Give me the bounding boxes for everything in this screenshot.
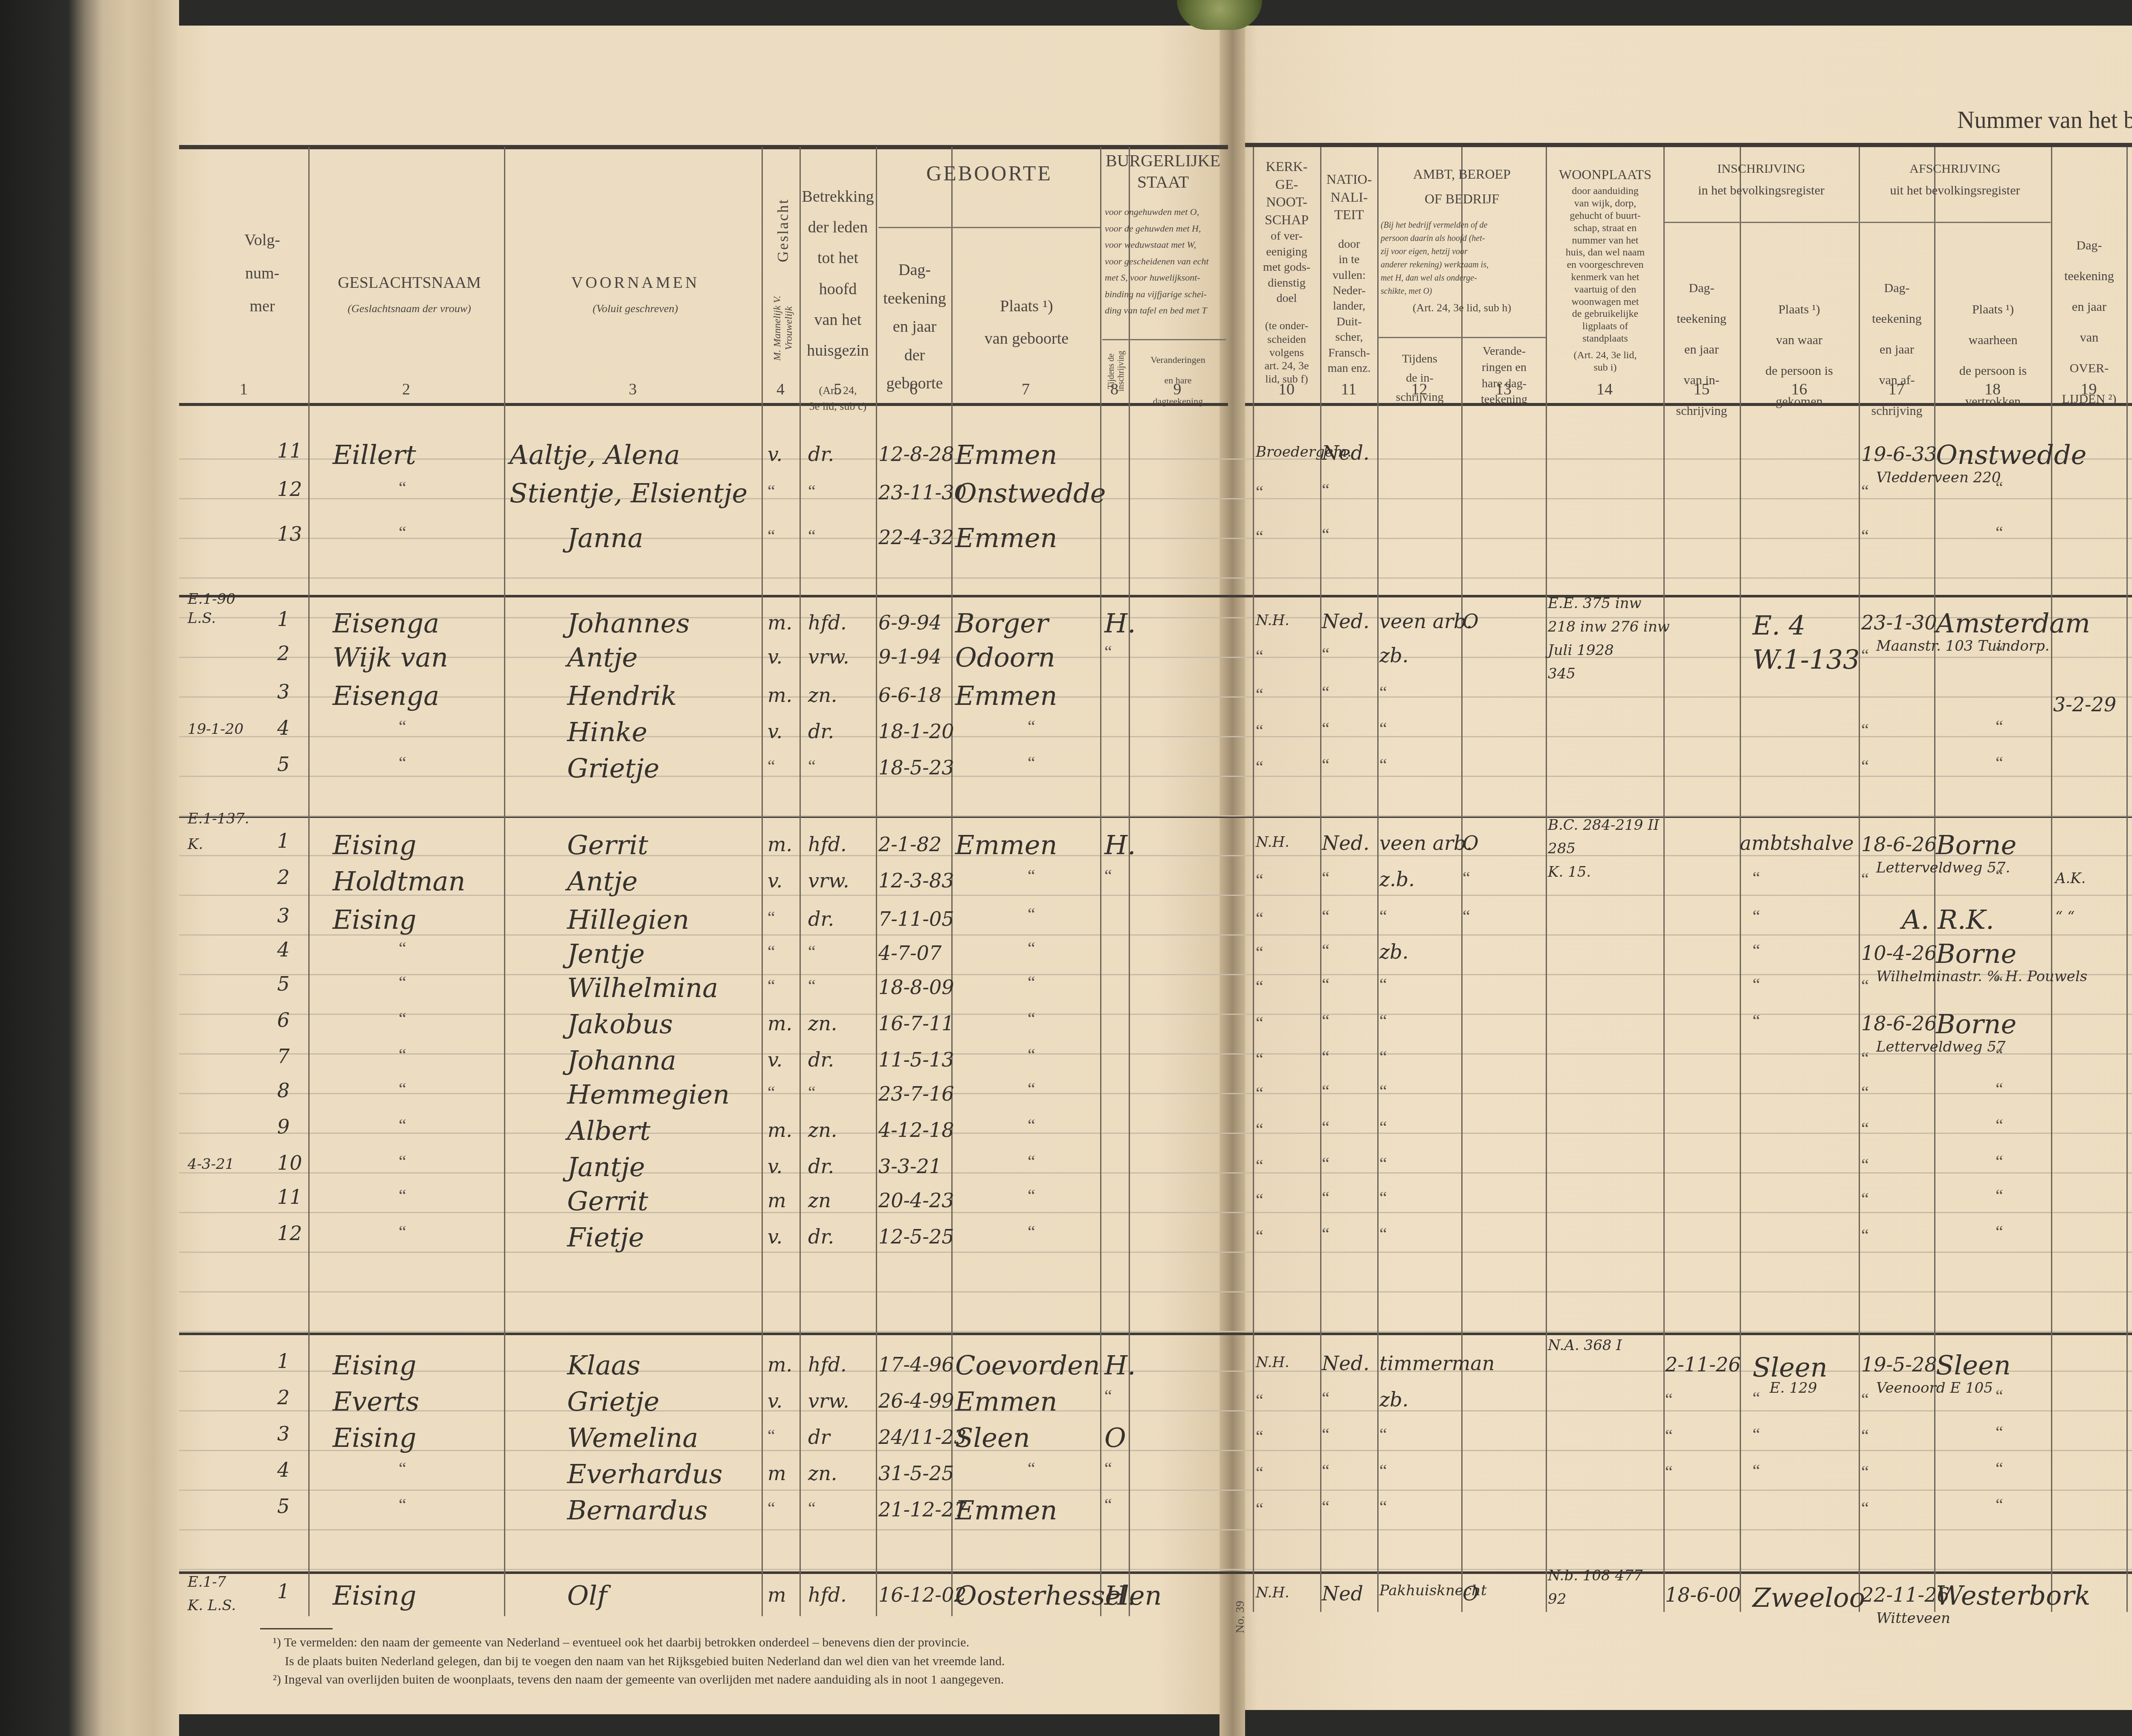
- given-names: Fietje: [567, 1222, 644, 1253]
- sex: v.: [768, 1048, 782, 1071]
- inschrijving-divider: [1664, 222, 1858, 223]
- sex: m.: [768, 1119, 792, 1142]
- afschrijving-note: A. R.K.: [1902, 904, 1994, 935]
- birth-place: Coevorden: [955, 1350, 1100, 1381]
- afschrijving-date: 19-5-28: [1861, 1353, 1937, 1376]
- relation-to-head: “: [808, 976, 816, 996]
- row-guide: [179, 1133, 2132, 1134]
- given-names: Gerrit: [567, 829, 648, 861]
- birth-date: 24/11-23: [878, 1426, 967, 1449]
- surname: “: [399, 1079, 406, 1099]
- church: “: [1256, 757, 1263, 777]
- church: N.H.: [1256, 612, 1289, 629]
- church: “: [1256, 1013, 1263, 1033]
- occupation: “: [1379, 906, 1387, 926]
- surname: “: [399, 753, 406, 773]
- surname: Eising: [333, 1580, 416, 1611]
- relation-to-head: “: [808, 1082, 816, 1102]
- row-guide: [179, 1490, 2132, 1491]
- relation-to-head: dr.: [808, 907, 834, 930]
- afschrijving-to-detail: Witteveen: [1876, 1610, 1950, 1627]
- occupation: veen arb.: [1379, 832, 1472, 855]
- margin-note: E.1-7: [188, 1574, 226, 1591]
- relation-to-head: dr: [808, 1426, 830, 1449]
- occupation: “: [1379, 1081, 1387, 1101]
- row-guide: [179, 1053, 2132, 1055]
- church: “: [1256, 1119, 1263, 1139]
- residence: 285: [1548, 840, 1576, 857]
- nationality: Ned: [1322, 1582, 1363, 1605]
- margin-note: L.S.: [188, 610, 216, 627]
- surname: “: [399, 1115, 406, 1135]
- relation-to-head: vrw.: [808, 645, 849, 668]
- given-names: Johannes: [567, 608, 689, 639]
- surname: Eisenga: [333, 608, 439, 639]
- row-guide: [179, 1331, 2132, 1332]
- inschrijving-from: W.1-133: [1753, 644, 1860, 675]
- occupation-change: “: [1463, 906, 1470, 926]
- afschrijving-to: “: [1996, 1422, 2003, 1442]
- given-names: Wemelina: [567, 1422, 698, 1453]
- birth-place: “: [1028, 1009, 1035, 1029]
- nationality: Ned.: [1322, 1352, 1370, 1375]
- relation-to-head: dr.: [808, 443, 834, 466]
- relation-to-head: zn: [808, 1189, 831, 1212]
- sex: “: [768, 976, 775, 996]
- occupation: “: [1379, 1424, 1387, 1444]
- column-divider: [504, 147, 505, 1616]
- sex: “: [768, 1426, 775, 1446]
- occupation-change: “: [1463, 868, 1470, 888]
- nationality: “: [1322, 755, 1330, 775]
- book-page-edges: [0, 0, 179, 1736]
- given-names: Bernardus: [567, 1495, 708, 1526]
- afschrijving-to: “: [1996, 522, 2003, 542]
- margin-note: E.1-137.: [188, 810, 249, 827]
- occupation-change: O: [1463, 832, 1479, 855]
- church: “: [1256, 1499, 1263, 1519]
- occupation: “: [1379, 1497, 1387, 1517]
- given-names: Aaltje, Alena: [510, 439, 680, 470]
- birth-date: 20-4-23: [878, 1189, 954, 1212]
- relation-to-head: hfd.: [808, 611, 847, 634]
- inschrijving-from: “: [1753, 868, 1760, 888]
- volgnummer: 1: [277, 1350, 290, 1373]
- afschrijving-date: “: [1861, 1082, 1869, 1102]
- volgnummer: 5: [277, 753, 290, 776]
- birth-place: Emmen: [955, 829, 1057, 861]
- birth-place: Emmen: [955, 1495, 1057, 1526]
- inschrijving-from: Zweeloo: [1753, 1582, 1865, 1613]
- column-number-18: 18: [1934, 380, 2051, 400]
- household-separator: [179, 1571, 2132, 1574]
- occupation: “: [1379, 755, 1387, 775]
- sex: m.: [768, 684, 792, 707]
- ambt-divider: [1378, 337, 1546, 338]
- church: “: [1256, 482, 1263, 502]
- footnote-1-cont: Is de plaats buiten Nederland gelegen, d…: [273, 1652, 1083, 1671]
- sex: v.: [768, 443, 782, 466]
- birth-date: 4-7-07: [878, 942, 941, 965]
- relation-to-head: dr.: [808, 720, 834, 743]
- column-number-16: 16: [1740, 380, 1859, 400]
- surname: Eising: [333, 1350, 416, 1381]
- given-names: Grietje: [567, 753, 660, 784]
- column-number-6: 6: [876, 380, 951, 400]
- nationality: “: [1322, 1153, 1330, 1174]
- inschrijving-from: Sleen: [1753, 1352, 1828, 1383]
- sex: v.: [768, 1155, 782, 1178]
- volgnummer: 4: [277, 716, 290, 739]
- volgnummer: 2: [277, 642, 290, 665]
- nationality: “: [1322, 1424, 1330, 1444]
- nationality: “: [1322, 1081, 1330, 1101]
- afschrijving-to: Amsterdam: [1936, 608, 2090, 639]
- volgnummer: 11: [277, 439, 302, 462]
- volgnummer: 3: [277, 1422, 290, 1445]
- afschrijving-to: “: [1996, 1151, 2003, 1171]
- occupation: “: [1379, 1011, 1387, 1031]
- given-names: Everhardus: [567, 1458, 723, 1490]
- afschrijving-date: “: [1861, 1462, 1869, 1482]
- volgnummer: 13: [277, 522, 302, 545]
- volgnummer: 12: [277, 478, 302, 501]
- sex: m.: [768, 833, 792, 856]
- surname: “: [399, 972, 406, 992]
- nationality: “: [1322, 1497, 1330, 1517]
- afschrijving-to: “: [1996, 866, 2003, 886]
- column-number-17: 17: [1859, 380, 1934, 400]
- column-number-9: 9: [1129, 380, 1226, 400]
- volgnummer: 2: [277, 866, 290, 889]
- afschrijving-date: “: [1861, 1155, 1869, 1175]
- birth-date: 12-3-83: [878, 869, 954, 892]
- afschrijving-to: “: [1996, 716, 2003, 736]
- volgnummer: 11: [277, 1185, 302, 1209]
- surname: Eising: [333, 904, 416, 935]
- afschrijving-date: “: [1861, 869, 1869, 889]
- footnotes: ¹) Te vermelden: den naam der gemeente v…: [273, 1633, 1083, 1689]
- afschrijving-date: “: [1861, 720, 1869, 740]
- afschrijving-date: “: [1861, 1189, 1869, 1209]
- birth-date: 31-5-25: [878, 1462, 954, 1485]
- residence: B.C. 284-219 II: [1548, 817, 1659, 834]
- afschrijving-date: “: [1861, 1426, 1869, 1446]
- sheet-number-label: Nummer van het blad: [1957, 107, 2132, 134]
- birth-place: “: [1028, 1151, 1035, 1171]
- volgnummer: 1: [277, 608, 290, 631]
- nationality: “: [1322, 1224, 1330, 1244]
- birth-place: “: [1028, 904, 1035, 924]
- row-guide: [179, 815, 2132, 817]
- relation-to-head: dr.: [808, 1225, 834, 1248]
- column-number-5: 5: [799, 380, 876, 400]
- civil-status: H.: [1104, 1580, 1136, 1611]
- column-divider: [799, 147, 801, 1616]
- relation-to-head: “: [808, 526, 816, 546]
- occupation-change: O: [1463, 1582, 1479, 1605]
- afschrijving-date: “: [1861, 1498, 1869, 1518]
- side-stamp: No. 39: [1234, 1578, 1247, 1633]
- afschrijving-divider: [1860, 222, 2051, 223]
- birth-place: “: [1028, 938, 1035, 958]
- volgnummer: 5: [277, 1495, 290, 1518]
- afschrijving-date: 19-6-33: [1861, 443, 1937, 466]
- residence: 345: [1548, 665, 1576, 682]
- residence: E.E. 375 inw: [1548, 595, 1642, 612]
- row-guide: [179, 1529, 2132, 1530]
- nationality: Ned.: [1322, 441, 1370, 464]
- occupation: “: [1379, 1153, 1387, 1174]
- afschrijving-to-detail: Wilhelminastr. % H. Pouwels: [1876, 968, 2087, 985]
- inschrijving-from: “: [1753, 1461, 1760, 1481]
- row-guide: [179, 538, 2132, 539]
- afschrijving-to: “: [1996, 972, 2003, 992]
- birth-date: 3-3-21: [878, 1155, 941, 1178]
- row-guide: [179, 1014, 2132, 1015]
- birth-place: “: [1028, 866, 1035, 886]
- inschrijving-from: “: [1753, 940, 1760, 960]
- column-number-11: 11: [1320, 380, 1377, 400]
- afschrijving-to: “: [1996, 1386, 2003, 1406]
- church: “: [1256, 977, 1263, 997]
- church: “: [1256, 1083, 1263, 1103]
- surname: Eising: [333, 829, 416, 861]
- row-guide: [179, 458, 2132, 460]
- church: “: [1256, 721, 1263, 741]
- column-number-8: 8: [1100, 380, 1129, 400]
- church: “: [1256, 1156, 1263, 1176]
- row-guide: [179, 1450, 2132, 1451]
- volgnummer: 5: [277, 972, 290, 995]
- church: “: [1256, 1463, 1263, 1483]
- given-names: Albert: [567, 1115, 651, 1146]
- burgerlijke-staat-header: BURGERLIJKE STAAT voor ongehuwden met O,…: [1102, 150, 1224, 319]
- inschrijving-from: “: [1753, 1424, 1760, 1444]
- volgnummer: 4: [277, 1458, 290, 1481]
- surname: Wijk van: [333, 642, 448, 673]
- inschrijving-from: “: [1753, 1011, 1760, 1031]
- margin-note: 4-3-21: [188, 1156, 235, 1173]
- col20-header: AAN- MERKINGEN (Art. 24, 5e lid): [2128, 264, 2132, 351]
- civil-status: “: [1104, 1458, 1112, 1478]
- civil-status: H.: [1104, 829, 1136, 861]
- column-number-15: 15: [1663, 380, 1740, 400]
- inschrijving-date: “: [1665, 1426, 1673, 1446]
- afschrijving-to: “: [1996, 1045, 2003, 1065]
- given-names: Klaas: [567, 1350, 640, 1381]
- row-guide: [179, 1172, 2132, 1174]
- nationality: “: [1322, 644, 1330, 664]
- birth-date: 7-11-05: [878, 907, 954, 930]
- civil-status: “: [1104, 642, 1112, 662]
- nationality: “: [1322, 682, 1330, 702]
- church: “: [1256, 527, 1263, 547]
- volgnummer: 7: [277, 1045, 290, 1068]
- col10-header: KERK- GE- NOOT- SCHAP of ver- eeniging m…: [1254, 158, 1320, 385]
- occupation: veen arb.: [1379, 610, 1472, 633]
- footnote-1: ¹) Te vermelden: den naam der gemeente v…: [273, 1633, 1083, 1652]
- birth-date: 22-4-32: [878, 526, 954, 549]
- birth-place: Emmen: [955, 680, 1057, 711]
- occupation: “: [1379, 682, 1387, 702]
- sex: “: [768, 756, 775, 776]
- sex: v.: [768, 869, 782, 892]
- birth-date: 9-1-94: [878, 645, 941, 668]
- inschrijving-date: “: [1665, 1389, 1673, 1409]
- death-note: A.K.: [2055, 870, 2086, 887]
- row-guide: [179, 1569, 2132, 1570]
- occupation: “: [1379, 1461, 1387, 1481]
- column-number-20: 20: [2126, 380, 2132, 400]
- afschrijving-to-detail: Vledderveen 220: [1876, 469, 2001, 486]
- afschrijving-date: 18-6-26: [1861, 833, 1937, 856]
- afschrijving-date: “: [1861, 526, 1869, 546]
- residence: N.A. 368 I: [1548, 1337, 1622, 1354]
- volgnummer: 8: [277, 1079, 290, 1102]
- inschrijving-from: E. 4: [1753, 610, 1805, 641]
- afschrijving-to-detail: Maanstr. 103 Tuindorp.: [1876, 638, 2050, 655]
- ambt-group-header: AMBT, BEROEP OF BEDRIJF (Bij het bedrijf…: [1378, 162, 1546, 318]
- afschrijving-to: Borne: [1936, 1009, 2016, 1040]
- afschrijving-date: “: [1861, 1048, 1869, 1068]
- relation-to-head: zn.: [808, 684, 837, 707]
- church: “: [1256, 1049, 1263, 1069]
- church: “: [1256, 1226, 1263, 1246]
- birth-place: “: [1028, 1115, 1035, 1135]
- afschrijving-to: “: [1996, 1079, 2003, 1099]
- surname: “: [399, 1222, 406, 1242]
- sex: m.: [768, 611, 792, 634]
- volgnummer: 3: [277, 904, 290, 927]
- civil-status: H.: [1104, 1350, 1136, 1381]
- sex: “: [768, 1082, 775, 1102]
- birth-place: “: [1028, 1045, 1035, 1065]
- relation-to-head: “: [808, 481, 816, 501]
- given-names: Hemmegien: [567, 1079, 730, 1110]
- column-number-19: 19: [2051, 380, 2126, 400]
- given-names: Antje: [567, 866, 638, 897]
- nationality: Ned.: [1322, 832, 1370, 855]
- surname: “: [399, 1151, 406, 1171]
- civil-status: “: [1104, 866, 1112, 886]
- birth-date: 18-1-20: [878, 720, 954, 743]
- afschrijving-date: “: [1861, 1389, 1869, 1409]
- residence: 218 inw 276 inw: [1548, 618, 1670, 635]
- inschrijving-from-detail: E. 129: [1770, 1380, 1817, 1397]
- church: “: [1256, 1190, 1263, 1210]
- sex: “: [768, 1498, 775, 1518]
- nationality: “: [1322, 480, 1330, 500]
- afschrijving-to: “: [1996, 1115, 2003, 1135]
- given-names: Grietje: [567, 1386, 660, 1417]
- sex: “: [768, 526, 775, 546]
- occupation: “: [1379, 1188, 1387, 1208]
- sex: v.: [768, 645, 782, 668]
- occupation: z.b.: [1379, 868, 1415, 891]
- sex: v.: [768, 1389, 782, 1412]
- given-names: Hinke: [567, 716, 647, 748]
- church: “: [1256, 870, 1263, 890]
- column-divider: [1100, 147, 1101, 1616]
- birth-date: 6-6-18: [878, 684, 941, 707]
- afschrijving-to: “: [1996, 642, 2003, 662]
- civil-status: H.: [1104, 608, 1136, 639]
- col3-header: VOORNAMEN (Voluit geschreven): [507, 273, 763, 316]
- birth-place: Onstwedde: [955, 478, 1106, 509]
- residence: K. 15.: [1548, 864, 1591, 881]
- sex: v.: [768, 1225, 782, 1248]
- sex: m: [768, 1462, 786, 1485]
- birth-place: “: [1028, 716, 1035, 736]
- surname: Eising: [333, 1422, 416, 1453]
- birth-place: “: [1028, 1185, 1035, 1206]
- relation-to-head: dr.: [808, 1155, 834, 1178]
- nationality: “: [1322, 719, 1330, 739]
- row-guide: [179, 1291, 2132, 1293]
- afschrijving-to: Borne: [1936, 938, 2016, 969]
- sex: v.: [768, 720, 782, 743]
- church: “: [1256, 684, 1263, 704]
- civil-status: O: [1104, 1422, 1126, 1453]
- relation-to-head: vrw.: [808, 1389, 849, 1412]
- occupation: zb.: [1379, 940, 1408, 963]
- column-number-14: 14: [1546, 380, 1663, 400]
- col14-header: WOONPLAATS door aanduiding van wijk, dor…: [1547, 166, 1663, 374]
- civil-status: “: [1104, 1386, 1112, 1406]
- col4-header-mv: M. Mannelijk V. Vrouwelijk: [772, 281, 795, 375]
- birth-place: “: [1028, 972, 1035, 992]
- geboorte-group-header: GEBOORTE: [878, 160, 1100, 187]
- nationality: “: [1322, 1388, 1330, 1408]
- occupation: “: [1379, 1047, 1387, 1067]
- surname: “: [399, 522, 406, 542]
- inschrijving-from: “: [1753, 974, 1760, 994]
- geboorte-divider: [878, 227, 1100, 228]
- afschrijving-to: “: [1996, 1495, 2003, 1515]
- occupation: timmerman: [1379, 1352, 1495, 1375]
- volgnummer: 12: [277, 1222, 302, 1245]
- col4-header-geslacht: Geslacht: [774, 192, 792, 269]
- birth-date: 4-12-18: [878, 1119, 954, 1142]
- birth-date: 6-9-94: [878, 611, 941, 634]
- nationality: “: [1322, 1117, 1330, 1137]
- sex: m.: [768, 1353, 792, 1376]
- volgnummer: 3: [277, 680, 290, 703]
- given-names: Jantje: [567, 1151, 645, 1182]
- given-names: Wilhelmina: [567, 972, 718, 1003]
- household-separator: [179, 595, 2132, 597]
- church: “: [1256, 908, 1263, 928]
- column-number-2: 2: [308, 380, 504, 400]
- relation-to-head: dr.: [808, 1048, 834, 1071]
- birth-place: Borger: [955, 608, 1049, 639]
- volgnummer: 9: [277, 1115, 290, 1138]
- row-guide: [179, 895, 2132, 896]
- civil-status: “: [1104, 1495, 1112, 1515]
- birth-place: Emmen: [955, 1386, 1057, 1417]
- relation-to-head: “: [808, 942, 816, 962]
- volgnummer: 4: [277, 938, 290, 961]
- afschrijving-to: “: [1996, 1458, 2003, 1478]
- col6-header: Dag- teekening en jaar der geboorte: [878, 256, 951, 398]
- row-guide: [179, 776, 2132, 777]
- given-names: Janna: [567, 522, 643, 554]
- header-top-rule: [179, 145, 1228, 149]
- column-divider: [308, 147, 310, 1616]
- birth-date: 2-1-82: [878, 833, 941, 856]
- afschrijving-to-detail: Veenoord E 105: [1876, 1380, 1993, 1397]
